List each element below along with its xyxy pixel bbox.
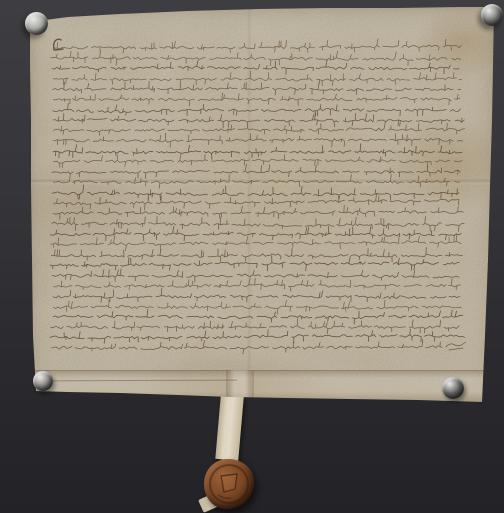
pin-top-right [481, 4, 503, 26]
seal-impression [204, 459, 254, 509]
plica-fold [28, 370, 496, 405]
pin-bottom-right [442, 377, 464, 399]
pin-bottom-left [33, 371, 53, 391]
parchment-grain-texture [28, 6, 496, 404]
handwriting-lines [28, 6, 496, 404]
pin-top-left [25, 12, 48, 35]
charter-parchment [28, 6, 496, 404]
wax-seal [204, 459, 254, 509]
seal-tag [215, 393, 244, 461]
photo-backdrop [0, 0, 504, 513]
